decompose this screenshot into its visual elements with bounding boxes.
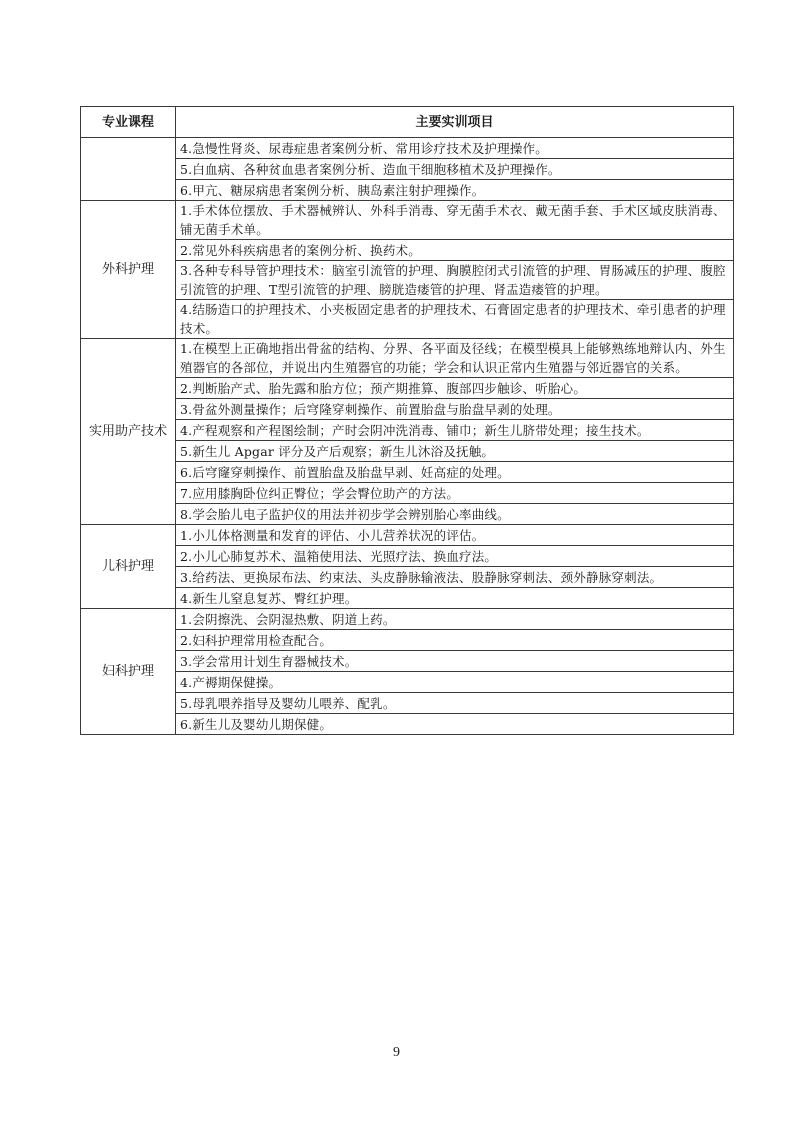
document-page: 专业课程 主要实训项目 4.急慢性肾炎、尿毒症患者案例分析、常用诊疗技术及护理操… — [0, 0, 793, 1122]
table-row: 2.常见外科疾病患者的案例分析、换药术。 — [81, 240, 734, 261]
course-cell-pediatric-nursing: 儿科护理 — [81, 525, 176, 609]
project-item: 5.母乳喂养指导及婴幼儿喂养、配乳。 — [176, 693, 734, 714]
table-row: 4.急慢性肾炎、尿毒症患者案例分析、常用诊疗技术及护理操作。 — [81, 138, 734, 159]
table-row: 外科护理 1.手术体位摆放、手术器械辨认、外科手消毒、穿无菌手术衣、戴无菌手套、… — [81, 201, 734, 240]
table-row: 7.应用膝胸卧位纠正臀位；学会臀位助产的方法。 — [81, 483, 734, 504]
project-item: 1.在模型上正确地指出骨盆的结构、分界、各平面及径线；在模型模具上能够熟练地辩认… — [176, 339, 734, 378]
header-course: 专业课程 — [81, 107, 176, 138]
table-row: 2.小儿心肺复苏术、温箱使用法、光照疗法、换血疗法。 — [81, 546, 734, 567]
project-item: 6.甲亢、糖尿病患者案例分析、胰岛素注射护理操作。 — [176, 180, 734, 201]
page-number: 9 — [0, 1045, 793, 1061]
table-row: 4.结肠造口的护理技术、小夹板固定患者的护理技术、石膏固定患者的护理技术、牵引患… — [81, 300, 734, 339]
project-item: 2.妇科护理常用检查配合。 — [176, 630, 734, 651]
table-header-row: 专业课程 主要实训项目 — [81, 107, 734, 138]
course-cell-surgical-nursing: 外科护理 — [81, 201, 176, 339]
table-row: 5.母乳喂养指导及婴幼儿喂养、配乳。 — [81, 693, 734, 714]
course-cell — [81, 138, 176, 201]
table-row: 5.白血病、各种贫血患者案例分析、造血干细胞移植术及护理操作。 — [81, 159, 734, 180]
course-cell-gynecological-nursing: 妇科护理 — [81, 609, 176, 735]
table-row: 4.新生儿窒息复苏、臀红护理。 — [81, 588, 734, 609]
table-row: 实用助产技术 1.在模型上正确地指出骨盆的结构、分界、各平面及径线；在模型模具上… — [81, 339, 734, 378]
project-item: 3.学会常用计划生育器械技术。 — [176, 651, 734, 672]
table-row: 2.妇科护理常用检查配合。 — [81, 630, 734, 651]
table-row: 2.判断胎产式、胎先露和胎方位；预产期推算、腹部四步触诊、听胎心。 — [81, 378, 734, 399]
table-row: 4.产程观察和产程图绘制；产时会阴冲洗消毒、铺巾；新生儿脐带处理；接生技术。 — [81, 420, 734, 441]
project-item: 2.判断胎产式、胎先露和胎方位；预产期推算、腹部四步触诊、听胎心。 — [176, 378, 734, 399]
table-row: 8.学会胎儿电子监护仪的用法并初步学会辨别胎心率曲线。 — [81, 504, 734, 525]
project-item: 5.白血病、各种贫血患者案例分析、造血干细胞移植术及护理操作。 — [176, 159, 734, 180]
header-projects: 主要实训项目 — [176, 107, 734, 138]
course-cell-midwifery: 实用助产技术 — [81, 339, 176, 525]
table-row: 6.新生儿及婴幼儿期保健。 — [81, 714, 734, 735]
table-row: 6.后穹窿穿刺操作、前置胎盘及胎盘早剥、妊高症的处理。 — [81, 462, 734, 483]
project-item: 4.急慢性肾炎、尿毒症患者案例分析、常用诊疗技术及护理操作。 — [176, 138, 734, 159]
table-row: 4.产褥期保健操。 — [81, 672, 734, 693]
table-row: 3.给药法、更换尿布法、约束法、头皮静脉输液法、股静脉穿刺法、颈外静脉穿刺法。 — [81, 567, 734, 588]
project-item: 3.骨盆外测量操作；后穹隆穿刺操作、前置胎盘与胎盘早剥的处理。 — [176, 399, 734, 420]
project-item: 4.产褥期保健操。 — [176, 672, 734, 693]
project-item: 2.常见外科疾病患者的案例分析、换药术。 — [176, 240, 734, 261]
table-row: 儿科护理 1.小儿体格测量和发育的评估、小儿营养状况的评估。 — [81, 525, 734, 546]
table-row: 5.新生儿 Apgar 评分及产后观察；新生儿沐浴及抚触。 — [81, 441, 734, 462]
project-item: 3.给药法、更换尿布法、约束法、头皮静脉输液法、股静脉穿刺法、颈外静脉穿刺法。 — [176, 567, 734, 588]
table-row: 3.骨盆外测量操作；后穹隆穿刺操作、前置胎盘与胎盘早剥的处理。 — [81, 399, 734, 420]
project-item: 2.小儿心肺复苏术、温箱使用法、光照疗法、换血疗法。 — [176, 546, 734, 567]
table-row: 妇科护理 1.会阴擦洗、会阴湿热敷、阴道上药。 — [81, 609, 734, 630]
project-item: 4.产程观察和产程图绘制；产时会阴冲洗消毒、铺巾；新生儿脐带处理；接生技术。 — [176, 420, 734, 441]
project-item: 4.结肠造口的护理技术、小夹板固定患者的护理技术、石膏固定患者的护理技术、牵引患… — [176, 300, 734, 339]
project-item: 1.小儿体格测量和发育的评估、小儿营养状况的评估。 — [176, 525, 734, 546]
table-row: 3.各种专科导管护理技术：脑室引流管的护理、胸膜腔闭式引流管的护理、胃肠减压的护… — [81, 261, 734, 300]
project-item: 5.新生儿 Apgar 评分及产后观察；新生儿沐浴及抚触。 — [176, 441, 734, 462]
table-row: 3.学会常用计划生育器械技术。 — [81, 651, 734, 672]
project-item: 1.手术体位摆放、手术器械辨认、外科手消毒、穿无菌手术衣、戴无菌手套、手术区域皮… — [176, 201, 734, 240]
project-item: 7.应用膝胸卧位纠正臀位；学会臀位助产的方法。 — [176, 483, 734, 504]
project-item: 3.各种专科导管护理技术：脑室引流管的护理、胸膜腔闭式引流管的护理、胃肠减压的护… — [176, 261, 734, 300]
project-item: 4.新生儿窒息复苏、臀红护理。 — [176, 588, 734, 609]
project-item: 8.学会胎儿电子监护仪的用法并初步学会辨别胎心率曲线。 — [176, 504, 734, 525]
training-projects-table: 专业课程 主要实训项目 4.急慢性肾炎、尿毒症患者案例分析、常用诊疗技术及护理操… — [80, 106, 734, 735]
project-item: 6.新生儿及婴幼儿期保健。 — [176, 714, 734, 735]
project-item: 6.后穹窿穿刺操作、前置胎盘及胎盘早剥、妊高症的处理。 — [176, 462, 734, 483]
project-item: 1.会阴擦洗、会阴湿热敷、阴道上药。 — [176, 609, 734, 630]
table-row: 6.甲亢、糖尿病患者案例分析、胰岛素注射护理操作。 — [81, 180, 734, 201]
